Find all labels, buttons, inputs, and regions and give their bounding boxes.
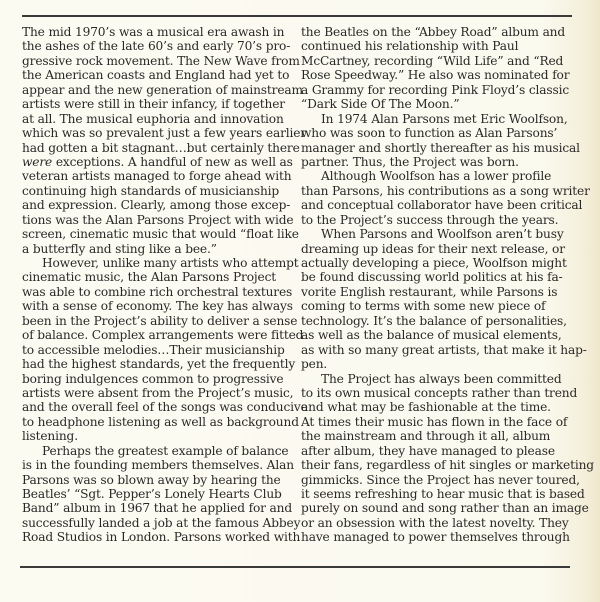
line-text: Perhaps the greatest example of balance (42, 444, 289, 458)
text-line: Beatles’ “Sgt. Pepper’s Lonely Hearts Cl… (22, 487, 292, 501)
text-line: artists were still in their infancy, if … (22, 97, 292, 111)
text-line: than Parsons, his contributions as a son… (301, 184, 573, 198)
text-line: vorite English restaurant, while Parsons… (301, 285, 573, 299)
text-line: and what may be fashionable at the time. (301, 400, 573, 414)
line-text: tions was the Alan Parsons Project with … (22, 213, 293, 227)
text-line: or an obsession with the latest novelty.… (301, 516, 573, 530)
text-line: which was so prevalent just a few years … (22, 126, 292, 140)
line-text: be found discussing world politics at hi… (301, 270, 563, 284)
text-line: a butterfly and sting like a bee.” (22, 242, 292, 256)
line-text: artists were absent from the Project’s m… (22, 386, 293, 400)
line-text: “Dark Side Of The Moon.” (301, 97, 459, 111)
line-text: the mainstream and through it all, album (301, 429, 550, 443)
line-text: boring indulgences common to progressive (22, 372, 283, 386)
text-line: successfully landed a job at the famous … (22, 516, 292, 530)
booklet-page: The mid 1970’s was a musical era awash i… (0, 0, 600, 602)
line-text: listening. (22, 429, 78, 443)
line-text: gressive rock movement. The New Wave fro… (22, 54, 300, 68)
line-text: Parsons was so blown away by hearing the (22, 473, 281, 487)
line-text: screen, cinematic music that would “floa… (22, 227, 299, 241)
text-line: continued his relationship with Paul (301, 39, 573, 53)
text-line: to headphone listening as well as backgr… (22, 415, 292, 429)
text-line: gimmicks. Since the Project has never to… (301, 473, 573, 487)
line-text: or an obsession with the latest novelty.… (301, 516, 569, 530)
line-text: with a sense of economy. The key has alw… (22, 299, 293, 313)
text-line: have managed to power themselves through (301, 530, 573, 544)
text-line: The mid 1970’s was a musical era awash i… (22, 25, 292, 39)
line-text: to its own musical concepts rather than … (301, 386, 577, 400)
text-line: partner. Thus, the Project was born. (301, 155, 573, 169)
line-text: of balance. Complex arrangements were fi… (22, 328, 303, 342)
line-text: McCartney, recording “Wild Life” and “Re… (301, 54, 563, 68)
text-line: be found discussing world politics at hi… (301, 270, 573, 284)
line-text: it seems refreshing to hear music that i… (301, 487, 585, 501)
line-text: dreaming up ideas for their next release… (301, 242, 565, 256)
line-text: The Project has always been committed (321, 372, 562, 386)
line-text: cinematic music, the Alan Parsons Projec… (22, 270, 276, 284)
text-line: Rose Speedway.” He also was nominated fo… (301, 68, 573, 82)
text-line: as with so many great artists, that make… (301, 343, 573, 357)
line-text: to accessible melodies…Their musicianshi… (22, 343, 285, 357)
text-line: Perhaps the greatest example of balance (22, 444, 292, 458)
line-text: who was soon to function as Alan Parsons… (301, 126, 557, 140)
text-line: manager and shortly thereafter as his mu… (301, 141, 573, 155)
line-text: and expression. Clearly, among those exc… (22, 198, 290, 212)
text-line: been in the Project’s ability to deliver… (22, 314, 292, 328)
text-line: boring indulgences common to progressive (22, 372, 292, 386)
line-text: artists were still in their infancy, if … (22, 97, 285, 111)
text-line: their fans, regardless of hit singles or… (301, 458, 573, 472)
text-line: after album, they have managed to please (301, 444, 573, 458)
line-text: to headphone listening as well as backgr… (22, 415, 299, 429)
right-column: the Beatles on the “Abbey Road” album an… (301, 25, 573, 545)
text-line: to its own musical concepts rather than … (301, 386, 573, 400)
line-text: was able to combine rich orchestral text… (22, 285, 292, 299)
line-text: is in the founding members themselves. A… (22, 458, 294, 472)
text-line: who was soon to function as Alan Parsons… (301, 126, 573, 140)
text-line: the American coasts and England had yet … (22, 68, 292, 82)
line-text: vorite English restaurant, while Parsons… (301, 285, 557, 299)
text-line: However, unlike many artists who attempt (22, 256, 292, 270)
line-text: the ashes of the late 60’s and early 70’… (22, 39, 290, 53)
text-line: artists were absent from the Project’s m… (22, 386, 292, 400)
text-line: When Parsons and Woolfson aren’t busy (301, 227, 573, 241)
line-text: When Parsons and Woolfson aren’t busy (321, 227, 564, 241)
text-line: listening. (22, 429, 292, 443)
line-text: a butterfly and sting like a bee.” (22, 242, 217, 256)
line-text: In 1974 Alan Parsons met Eric Woolfson, (321, 112, 568, 126)
line-text: than Parsons, his contributions as a son… (301, 184, 590, 198)
text-line: to accessible melodies…Their musicianshi… (22, 343, 292, 357)
line-text: as well as the balance of musical elemen… (301, 328, 562, 342)
text-line: tions was the Alan Parsons Project with … (22, 213, 292, 227)
line-text: their fans, regardless of hit singles or… (301, 458, 594, 472)
line-text: manager and shortly thereafter as his mu… (301, 141, 580, 155)
text-line: Although Woolfson has a lower profile (301, 169, 573, 183)
line-text: partner. Thus, the Project was born. (301, 155, 519, 169)
line-text: technology. It’s the balance of personal… (301, 314, 567, 328)
text-line: continuing high standards of musicianshi… (22, 184, 292, 198)
line-text: have managed to power themselves through (301, 530, 570, 544)
text-line: were exceptions. A handful of new as wel… (22, 155, 292, 169)
text-line: the mainstream and through it all, album (301, 429, 573, 443)
text-line: with a sense of economy. The key has alw… (22, 299, 292, 313)
text-line: and the overall feel of the songs was co… (22, 400, 292, 414)
text-line: Band” album in 1967 that he applied for … (22, 501, 292, 515)
line-text: and the overall feel of the songs was co… (22, 400, 308, 414)
text-line: the Beatles on the “Abbey Road” album an… (301, 25, 573, 39)
line-text: had gotten a bit stagnant…but certainly … (22, 141, 300, 155)
line-text: pen. (301, 357, 327, 371)
text-line: the ashes of the late 60’s and early 70’… (22, 39, 292, 53)
line-text: Although Woolfson has a lower profile (321, 169, 551, 183)
line-text: At times their music has flown in the fa… (301, 415, 567, 429)
top-rule (22, 15, 572, 17)
line-text: a Grammy for recording Pink Floyd’s clas… (301, 83, 569, 97)
line-text: purely on sound and song rather than an … (301, 501, 589, 515)
bottom-rule (20, 566, 570, 568)
line-text: exceptions. A handful of new as well as (56, 155, 293, 169)
text-line: and expression. Clearly, among those exc… (22, 198, 292, 212)
text-line: had the highest standards, yet the frequ… (22, 357, 292, 371)
text-line: pen. (301, 357, 573, 371)
text-line: had gotten a bit stagnant…but certainly … (22, 141, 292, 155)
line-text: gimmicks. Since the Project has never to… (301, 473, 580, 487)
line-text: the Beatles on the “Abbey Road” album an… (301, 25, 565, 39)
text-line: at all. The musical euphoria and innovat… (22, 112, 292, 126)
text-line: is in the founding members themselves. A… (22, 458, 292, 472)
text-line: In 1974 Alan Parsons met Eric Woolfson, (301, 112, 573, 126)
line-text: and what may be fashionable at the time. (301, 400, 551, 414)
line-text: Beatles’ “Sgt. Pepper’s Lonely Hearts Cl… (22, 487, 282, 501)
left-column: The mid 1970’s was a musical era awash i… (22, 25, 292, 545)
text-line: At times their music has flown in the fa… (301, 415, 573, 429)
line-text: and conceptual collaborator have been cr… (301, 198, 582, 212)
line-text: The mid 1970’s was a musical era awash i… (22, 25, 284, 39)
text-line: actually developing a piece, Woolfson mi… (301, 256, 573, 270)
text-line: cinematic music, the Alan Parsons Projec… (22, 270, 292, 284)
text-line: and conceptual collaborator have been cr… (301, 198, 573, 212)
text-line: McCartney, recording “Wild Life” and “Re… (301, 54, 573, 68)
line-text: Band” album in 1967 that he applied for … (22, 501, 292, 515)
line-text: continuing high standards of musicianshi… (22, 184, 279, 198)
line-text: at all. The musical euphoria and innovat… (22, 112, 284, 126)
line-text: However, unlike many artists who attempt (42, 256, 299, 270)
text-line: screen, cinematic music that would “floa… (22, 227, 292, 241)
line-text: had the highest standards, yet the frequ… (22, 357, 295, 371)
text-line: “Dark Side Of The Moon.” (301, 97, 573, 111)
line-text: been in the Project’s ability to deliver… (22, 314, 297, 328)
text-line: a Grammy for recording Pink Floyd’s clas… (301, 83, 573, 97)
line-text: coming to terms with some new piece of (301, 299, 545, 313)
text-line: gressive rock movement. The New Wave fro… (22, 54, 292, 68)
line-text: continued his relationship with Paul (301, 39, 518, 53)
line-text: successfully landed a job at the famous … (22, 516, 300, 530)
text-line: Parsons was so blown away by hearing the (22, 473, 292, 487)
emphasis: were (22, 155, 56, 169)
text-line: purely on sound and song rather than an … (301, 501, 573, 515)
line-text: which was so prevalent just a few years … (22, 126, 306, 140)
text-line: was able to combine rich orchestral text… (22, 285, 292, 299)
line-text: to the Project’s success through the yea… (301, 213, 558, 227)
line-text: actually developing a piece, Woolfson mi… (301, 256, 567, 270)
text-line: of balance. Complex arrangements were fi… (22, 328, 292, 342)
line-text: after album, they have managed to please (301, 444, 555, 458)
text-line: Road Studios in London. Parsons worked w… (22, 530, 292, 544)
line-text: veteran artists managed to forge ahead w… (22, 169, 291, 183)
text-line: to the Project’s success through the yea… (301, 213, 573, 227)
line-text: Rose Speedway.” He also was nominated fo… (301, 68, 569, 82)
line-text: the American coasts and England had yet … (22, 68, 289, 82)
text-line: veteran artists managed to forge ahead w… (22, 169, 292, 183)
text-line: The Project has always been committed (301, 372, 573, 386)
line-text: Road Studios in London. Parsons worked w… (22, 530, 300, 544)
text-line: appear and the new generation of mainstr… (22, 83, 292, 97)
text-line: dreaming up ideas for their next release… (301, 242, 573, 256)
line-text: as with so many great artists, that make… (301, 343, 587, 357)
text-line: as well as the balance of musical elemen… (301, 328, 573, 342)
text-line: coming to terms with some new piece of (301, 299, 573, 313)
line-text: appear and the new generation of mainstr… (22, 83, 303, 97)
text-line: technology. It’s the balance of personal… (301, 314, 573, 328)
text-line: it seems refreshing to hear music that i… (301, 487, 573, 501)
